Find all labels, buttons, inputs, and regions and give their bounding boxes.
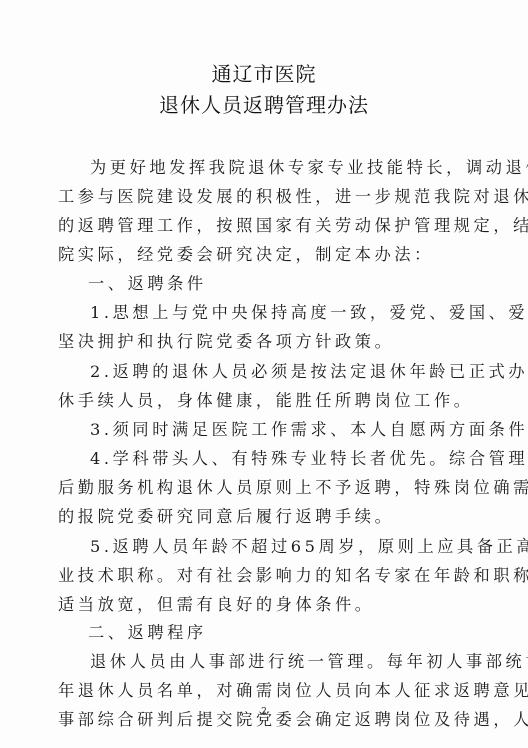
paragraph-line: 5.返聘人员年龄不超过65周岁，原则上应具备正高级专 (90, 537, 490, 557)
document-page: 通辽市医院 退休人员返聘管理办法 为更好地发挥我院退休专家专业技能特长，调动退休… (0, 0, 528, 748)
paragraph-line: 的返聘管理工作，按照国家有关劳动保护管理规定，结合本 (58, 216, 458, 236)
paragraph-line: 3.须同时满足医院工作需求、本人自愿两方面条件。 (90, 420, 490, 440)
section-heading-conditions: 一、返聘条件 (88, 274, 488, 294)
paragraph-line: 适当放宽，但需有良好的身体条件。 (58, 595, 458, 615)
paragraph-line: 2.返聘的退休人员必须是按法定退休年龄已正式办理退 (90, 362, 490, 382)
paragraph-line: 的报院党委研究同意后履行返聘手续。 (58, 507, 458, 527)
document-title-policy: 退休人员返聘管理办法 (0, 89, 528, 118)
paragraph-line: 坚决拥护和执行院党委各项方针政策。 (58, 332, 458, 352)
paragraph-line: 工参与医院建设发展的积极性，进一步规范我院对退休人员 (58, 187, 458, 207)
paragraph-line: 业技术职称。对有社会影响力的知名专家在年龄和职称上可 (58, 566, 458, 586)
page-number: 2 (0, 707, 528, 717)
paragraph-line: 退休人员由人事部进行统一管理。每年初人事部统计当 (90, 652, 490, 672)
paragraph-line: 4.学科带头人、有特殊专业特长者优先。综合管理机构、 (90, 449, 490, 469)
paragraph-line: 休手续人员，身体健康，能胜任所聘岗位工作。 (58, 391, 458, 411)
section-heading-procedure: 二、返聘程序 (88, 623, 488, 643)
paragraph-line: 年退休人员名单，对确需岗位人员向本人征求返聘意见，人 (58, 681, 458, 701)
paragraph-line: 院实际，经党委会研究决定，制定本办法： (58, 245, 458, 265)
paragraph-line: 后勤服务机构退休人员原则上不予返聘，特殊岗位确需返聘 (58, 478, 458, 498)
paragraph-line: 为更好地发挥我院退休专家专业技能特长，调动退休职 (90, 158, 490, 178)
document-title-hospital: 通辽市医院 (0, 58, 528, 87)
paragraph-line: 1.思想上与党中央保持高度一致，爱党、爱国、爱院， (90, 303, 490, 323)
